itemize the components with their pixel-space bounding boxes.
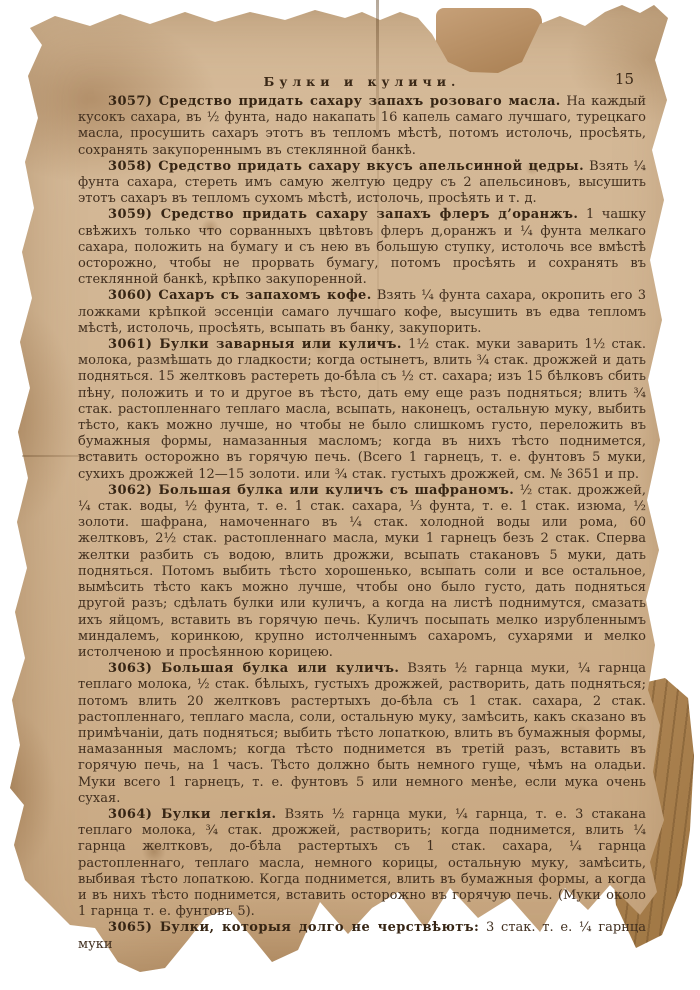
recipe-paragraph-3058: 3058) Средство придать сахару вкусъ апел…: [78, 159, 646, 208]
recipe-paragraph-3064: 3064) Булки легкія. Взять ½ гарнца муки,…: [78, 807, 646, 920]
recipe-paragraph-3059: 3059) Средство придать сахару запахъ фле…: [78, 207, 646, 288]
recipe-heading: 3063) Большая булка или куличъ.: [108, 661, 399, 676]
page-number: 15: [615, 70, 634, 88]
recipe-heading: 3064) Булки легкія.: [108, 807, 276, 822]
recipe-heading: 3065) Булки, которыя долго не черствѣютъ…: [108, 920, 479, 935]
recipe-heading: 3059) Средство придать сахару запахъ фле…: [108, 207, 578, 222]
scanned-page-scene: Булки и куличи. 15 3057) Средство придат…: [0, 0, 700, 990]
recipe-body: Взять ½ гарнца муки, ¼ гарнца теплаго мо…: [78, 661, 646, 806]
page-title: Булки и куличи.: [78, 74, 646, 89]
recipe-paragraph-3062: 3062) Большая булка или куличъ съ шафран…: [78, 483, 646, 661]
recipe-body: 1½ стак. муки заварить 1½ стак. молока, …: [78, 337, 646, 482]
recipe-heading: 3058) Средство придать сахару вкусъ апел…: [108, 159, 584, 174]
recipe-paragraph-3060: 3060) Сахаръ съ запахомъ кофе. Взять ¼ ф…: [78, 288, 646, 337]
page-text-block: Булки и куличи. 15 3057) Средство придат…: [78, 68, 646, 953]
recipe-paragraph-3063: 3063) Большая булка или куличъ. Взять ½ …: [78, 661, 646, 807]
recipe-body: Взять ½ гарнца муки, ¼ гарнца, т. е. 3 с…: [78, 807, 646, 919]
recipe-paragraph-3057: 3057) Средство придать сахару запахъ роз…: [78, 94, 646, 159]
recipe-heading: 3062) Большая булка или куличъ съ шафран…: [108, 483, 514, 498]
recipe-paragraph-3061: 3061) Булки заварныя или куличъ. 1½ стак…: [78, 337, 646, 483]
recipe-heading: 3060) Сахаръ съ запахомъ кофе.: [108, 288, 372, 303]
recipe-heading: 3057) Средство придать сахару запахъ роз…: [108, 94, 561, 109]
recipe-body: ½ стак. дрожжей, ¼ стак. воды, ½ фунта, …: [78, 483, 646, 660]
recipe-heading: 3061) Булки заварныя или куличъ.: [108, 337, 402, 352]
page-header: Булки и куличи. 15: [78, 68, 646, 94]
recipe-paragraph-3065: 3065) Булки, которыя долго не черствѣютъ…: [78, 920, 646, 952]
